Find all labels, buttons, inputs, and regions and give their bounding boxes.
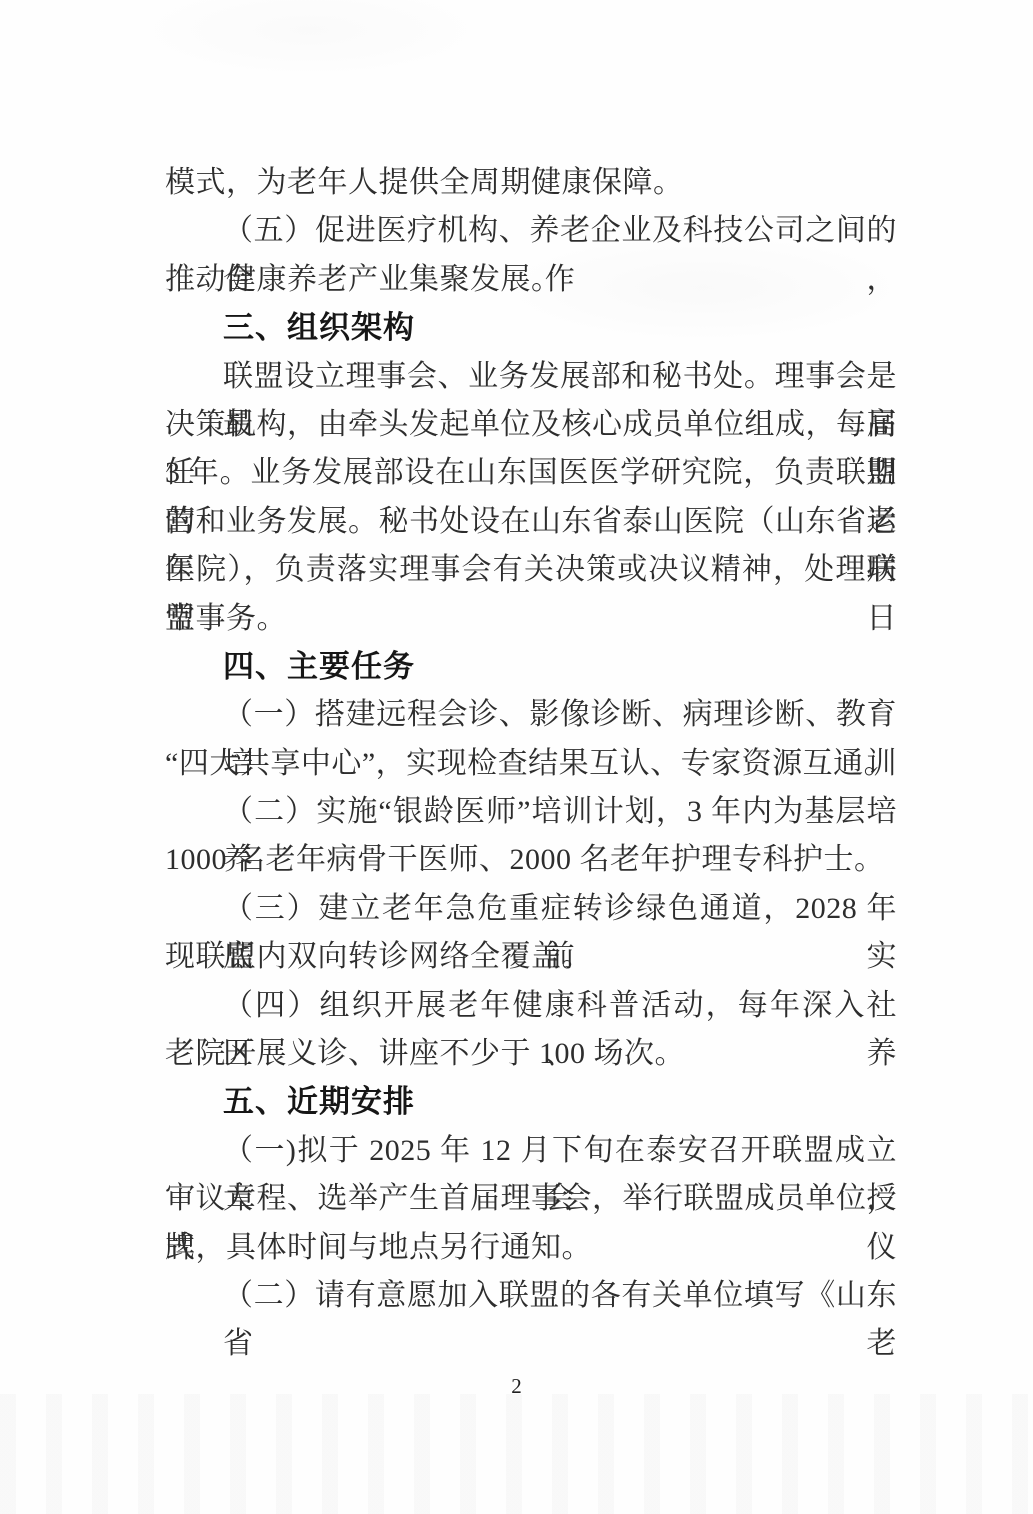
section-heading: 三、组织架构 xyxy=(165,304,897,352)
document-page: 模式，为老年人提供全周期健康保障。（五）促进医疗机构、养老企业及科技公司之间的合… xyxy=(0,0,1033,1514)
text-line: 联盟设立理事会、业务发展部和秘书处。理事会是最高 xyxy=(165,353,897,401)
page-number: 2 xyxy=(0,1372,1033,1400)
text-line: 3 年。业务发展部设在山东国医医学研究院，负责联盟的运 xyxy=(165,449,897,497)
scan-artifact-bands xyxy=(0,1394,1033,1514)
text-line: （四）组织开展老年健康科普活动，每年深入社区、养 xyxy=(165,982,897,1030)
document-body: 模式，为老年人提供全周期健康保障。（五）促进医疗机构、养老企业及科技公司之间的合… xyxy=(165,159,897,1320)
text-line: 1000 名老年病骨干医师、2000 名老年护理专科护士。 xyxy=(165,836,897,884)
text-line: “四大共享中心”，实现检查结果互认、专家资源互通。 xyxy=(165,740,897,788)
text-line: 医院），负责落实理事会有关决策或决议精神，处理联盟日 xyxy=(165,546,897,594)
text-line: 营和业务发展。秘书处设在山东省泰山医院（山东省老年病 xyxy=(165,498,897,546)
text-line: （二）实施“银龄医师”培训计划，3 年内为基层培养 xyxy=(165,788,897,836)
text-line: （一）搭建远程会诊、影像诊断、病理诊断、教育培训 xyxy=(165,691,897,739)
text-line: 审议章程、选举产生首届理事会，举行联盟成员单位授牌仪 xyxy=(165,1175,897,1223)
text-line: （一)拟于 2025 年 12 月下旬在泰安召开联盟成立大会， xyxy=(165,1127,897,1175)
text-line: （五）促进医疗机构、养老企业及科技公司之间的合作， xyxy=(165,207,897,255)
text-line: （二）请有意愿加入联盟的各有关单位填写《山东省老 xyxy=(165,1272,897,1320)
section-heading: 五、近期安排 xyxy=(165,1078,897,1126)
text-line: 决策机构，由牵头发起单位及核心成员单位组成，每届任期 xyxy=(165,401,897,449)
text-line: （三）建立老年急危重症转诊绿色通道，2028 年底前实 xyxy=(165,885,897,933)
section-heading: 四、主要任务 xyxy=(165,643,897,691)
text-line: 模式，为老年人提供全周期健康保障。 xyxy=(165,159,897,207)
